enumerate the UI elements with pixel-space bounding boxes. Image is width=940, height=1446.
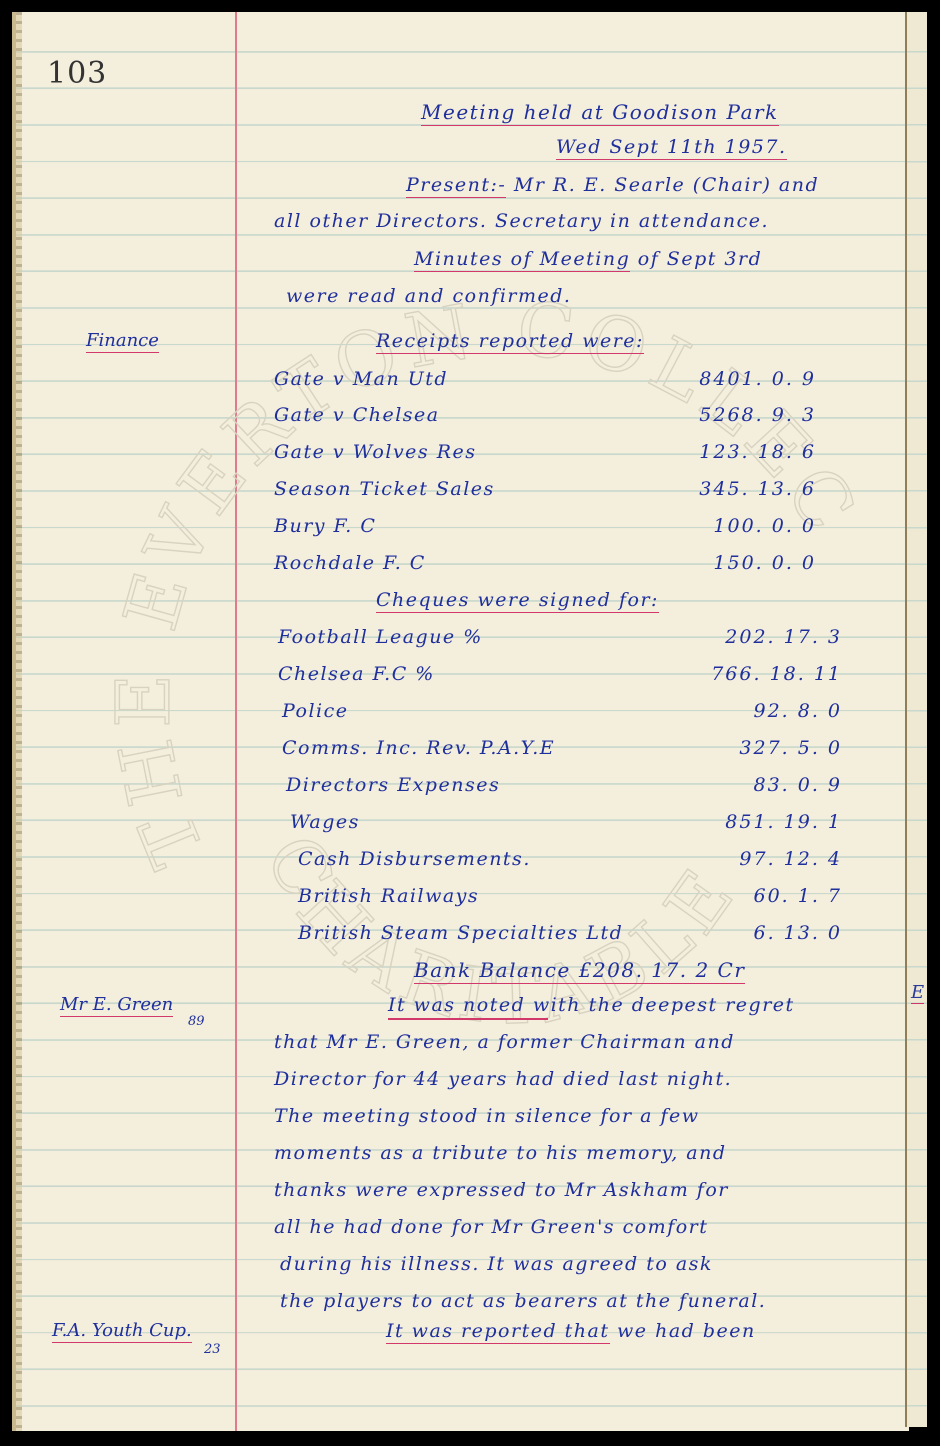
cheque-label: Football League %: [278, 626, 483, 648]
present-text: Mr R. E. Searle (Chair) and: [514, 174, 819, 196]
receipt-amount: 100. 0. 0: [616, 515, 816, 537]
receipt-label: Season Ticket Sales: [274, 478, 495, 500]
side-heading-finance: Finance: [86, 330, 159, 353]
folio-fa-youth-cup: 23: [204, 1342, 221, 1357]
cheque-amount: 6. 13. 0: [642, 922, 842, 944]
next-page-edge: E: [905, 12, 927, 1427]
ledger-page: THE EVERTON COLLECTION CHARITABLE TRUST …: [12, 12, 909, 1431]
cheque-label: Police: [282, 700, 349, 722]
cheque-label: Wages: [290, 811, 360, 833]
receipt-amount: 5268. 9. 3: [616, 404, 816, 426]
minutes-continuation: were read and confirmed.: [286, 285, 571, 307]
side-heading-green: Mr E. Green: [60, 994, 173, 1017]
cheque-amount: 202. 17. 3: [642, 626, 842, 648]
cheque-amount: 766. 18. 11: [642, 663, 842, 685]
paragraph-line: thanks were expressed to Mr Askham for: [274, 1179, 729, 1201]
cheque-amount: 97. 12. 4: [642, 848, 842, 870]
cheques-heading: Cheques were signed for:: [376, 589, 659, 613]
cheque-label: Chelsea F.C %: [278, 663, 435, 685]
next-page-fragment: E: [911, 982, 924, 1004]
cheque-label: Cash Disbursements.: [298, 848, 531, 870]
folio-green: 89: [188, 1014, 205, 1029]
receipts-heading: Receipts reported were:: [376, 330, 644, 354]
meeting-date: Wed Sept 11th 1957.: [556, 136, 787, 160]
page-number: 103: [47, 56, 107, 91]
fa-youth-lead: It was reported that: [386, 1320, 610, 1344]
paragraph-line: Director for 44 years had died last nigh…: [274, 1068, 732, 1090]
meeting-title: Meeting held at Goodison Park: [421, 100, 779, 126]
cheque-label: Comms. Inc. Rev. P.A.Y.E: [282, 737, 555, 759]
cheque-amount: 83. 0. 9: [642, 774, 842, 796]
cheque-label: Directors Expenses: [286, 774, 500, 796]
receipt-label: Gate v Wolves Res: [274, 441, 477, 463]
present-line: Present:- Mr R. E. Searle (Chair) and: [406, 174, 819, 196]
minutes-line: Minutes of Meeting of Sept 3rd: [414, 248, 762, 270]
receipt-label: Bury F. C: [274, 515, 376, 537]
cheque-amount: 92. 8. 0: [642, 700, 842, 722]
minutes-text: of Sept 3rd: [638, 248, 762, 270]
paragraph-line: that Mr E. Green, a former Chairman and: [274, 1031, 735, 1053]
cheque-amount: 60. 1. 7: [642, 885, 842, 907]
cheque-amount: 327. 5. 0: [642, 737, 842, 759]
margin-rule: [235, 12, 237, 1431]
paragraph-line: moments as a tribute to his memory, and: [274, 1142, 727, 1164]
receipt-amount: 123. 18. 6: [616, 441, 816, 463]
side-heading-fa-youth-cup: F.A. Youth Cup.: [52, 1320, 192, 1343]
receipt-amount: 345. 13. 6: [616, 478, 816, 500]
receipt-label: Gate v Man Utd: [274, 368, 448, 390]
paragraph-line: The meeting stood in silence for a few: [274, 1105, 699, 1127]
fa-youth-rest: we had been: [617, 1320, 756, 1342]
receipt-label: Rochdale F. C: [274, 552, 426, 574]
bank-balance: Bank Balance £208. 17. 2 Cr: [414, 958, 745, 984]
receipt-amount: 150. 0. 0: [616, 552, 816, 574]
cheque-label: British Steam Specialties Ltd: [298, 922, 623, 944]
fa-youth-line: It was reported that we had been: [386, 1320, 756, 1342]
paragraph-line: the players to act as bearers at the fun…: [280, 1290, 766, 1312]
receipt-label: Gate v Chelsea: [274, 404, 440, 426]
minutes-label: Minutes of Meeting: [414, 248, 630, 272]
cheque-amount: 851. 19. 1: [642, 811, 842, 833]
present-label: Present:-: [406, 174, 506, 198]
receipt-amount: 8401. 0. 9: [616, 368, 816, 390]
present-continuation: all other Directors. Secretary in attend…: [274, 210, 769, 232]
paragraph-line: It was noted with the deepest regret: [388, 994, 795, 1016]
cheque-label: British Railways: [298, 885, 479, 907]
paragraph-line: all he had done for Mr Green's comfort: [274, 1216, 708, 1238]
paragraph-line: during his illness. It was agreed to ask: [280, 1253, 713, 1275]
green-lead-underline: [388, 1018, 548, 1020]
